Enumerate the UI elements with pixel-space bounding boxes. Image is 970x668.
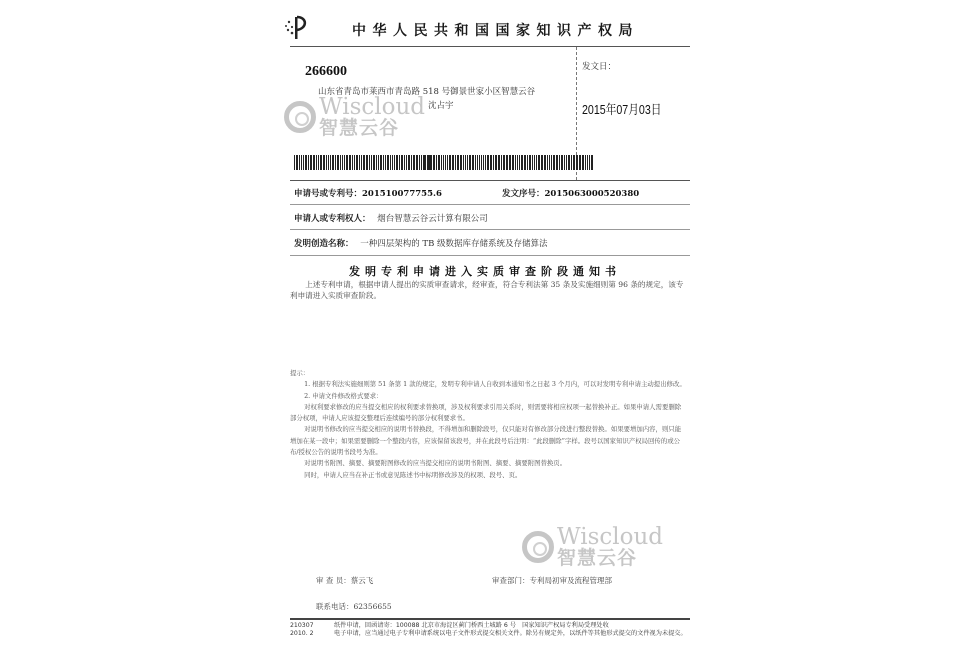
watermark-swirl-icon [522, 531, 554, 563]
phone-field: 联系电话：62356655 [316, 601, 392, 612]
invention-title-label: 发明创造名称： [294, 239, 354, 249]
barcode-divider [290, 180, 690, 181]
issue-date-label: 发文日： [582, 60, 616, 72]
phone-label: 联系电话： [316, 602, 354, 611]
tips-section: 提示： 1. 根据专利法实施细则第 51 条第 1 款的规定，发明专利申请人自收… [290, 368, 686, 481]
tip-item: 对说明书修改的应当提交相应的说明书替换段，不得增加和删除段号，仅只能对有修改部分… [290, 424, 686, 458]
patent-notice-document: 中华人民共和国国家知识产权局 266600 山东省青岛市莱西市青岛路 518 号… [0, 0, 970, 668]
footer-electronic-submission: 电子申请，应当通过电子专利申请系统以电子文件形式提交相关文件。除另有规定外，以纸… [334, 630, 687, 638]
phone-number: 62356655 [354, 602, 392, 611]
field-divider-3 [290, 255, 690, 256]
applicant-label: 申请人或专利权人： [294, 214, 371, 224]
postcode: 266600 [305, 64, 347, 80]
serial-number: 2015063000520380 [545, 189, 640, 199]
form-date: 2010. 2 [290, 630, 334, 638]
field-divider-1 [290, 204, 690, 205]
watermark-en: Wiscloud [319, 96, 425, 119]
watermark-top: Wiscloud 智慧云谷 [284, 96, 425, 138]
tip-item: 对权利要求修改的应当提交相应的权利要求替换项，涉及权利要求引用关系时，则需要将相… [290, 402, 686, 425]
notice-title: 发明专利申请进入实质审查阶段通知书 [0, 263, 970, 279]
watermark-cn: 智慧云谷 [557, 549, 663, 568]
application-number-field: 申请号或专利号：201510077755.6 [294, 187, 442, 199]
issue-date-value: 2015年07月03日 [582, 99, 661, 118]
invention-title: 一种四层架构的 TB 级数据库存储系统及存储算法 [360, 239, 547, 249]
serial-number-field: 发文序号：2015063000520380 [502, 187, 639, 199]
tip-item: 1. 根据专利法实施细则第 51 条第 1 款的规定，发明专利申请人自收到本通知… [290, 379, 686, 390]
application-number-label: 申请号或专利号： [294, 189, 362, 199]
mailing-address: 山东省青岛市莱西市青岛路 518 号御景世家小区智慧云谷 [318, 85, 535, 97]
office-name: 中华人民共和国国家知识产权局 [352, 20, 639, 40]
tip-item: 同时，申请人应当在补正书或意见陈述书中标明修改涉及的权项、段号、页。 [290, 470, 686, 481]
watermark-cn: 智慧云谷 [319, 119, 425, 138]
department-label: 审查部门： [492, 576, 530, 585]
department-name: 专利局初审及流程管理部 [530, 576, 613, 585]
watermark-bottom: Wiscloud 智慧云谷 [522, 526, 663, 568]
field-divider-2 [290, 229, 690, 230]
application-number: 201510077755.6 [362, 189, 442, 199]
notice-body: 上述专利申请，根据申请人提出的实质审查请求，经审查，符合专利法第 35 条及实施… [290, 280, 686, 301]
examiner-name: 蔡云飞 [351, 576, 374, 585]
serial-number-label: 发文序号： [502, 189, 545, 199]
recipient-name: 沈占宇 [428, 99, 454, 111]
tip-item: 对说明书附图、摘要、摘要附图修改的应当提交相应的说明书附图、摘要、摘要附图替换页… [290, 458, 686, 469]
barcode-right [424, 155, 594, 170]
notice-body-text: 上述专利申请，根据申请人提出的实质审查请求，经审查，符合专利法第 35 条及实施… [290, 280, 686, 301]
footer: 210307 纸件申请，回函请寄：100088 北京市海淀区蓟门桥西土城路 6 … [290, 622, 690, 639]
invention-title-field: 发明创造名称： 一种四层架构的 TB 级数据库存储系统及存储算法 [294, 237, 548, 249]
examiner-label: 审 查 员： [316, 576, 351, 585]
tip-item: 2. 申请文件修改格式要求： [290, 391, 686, 402]
tips-heading: 提示： [290, 368, 686, 379]
applicant-field: 申请人或专利权人： 烟台智慧云谷云计算有限公司 [294, 212, 488, 224]
footer-divider [290, 618, 690, 620]
department-field: 审查部门：专利局初审及流程管理部 [492, 575, 612, 586]
header-divider [290, 46, 690, 47]
form-code: 210307 [290, 622, 334, 630]
watermark-en: Wiscloud [557, 526, 663, 549]
cnipa-logo-icon [283, 12, 309, 42]
applicant-name: 烟台智慧云谷云计算有限公司 [377, 214, 488, 224]
examiner-field: 审 查 员：蔡云飞 [316, 575, 373, 586]
watermark-swirl-icon [284, 101, 316, 133]
barcode-left [294, 155, 431, 170]
